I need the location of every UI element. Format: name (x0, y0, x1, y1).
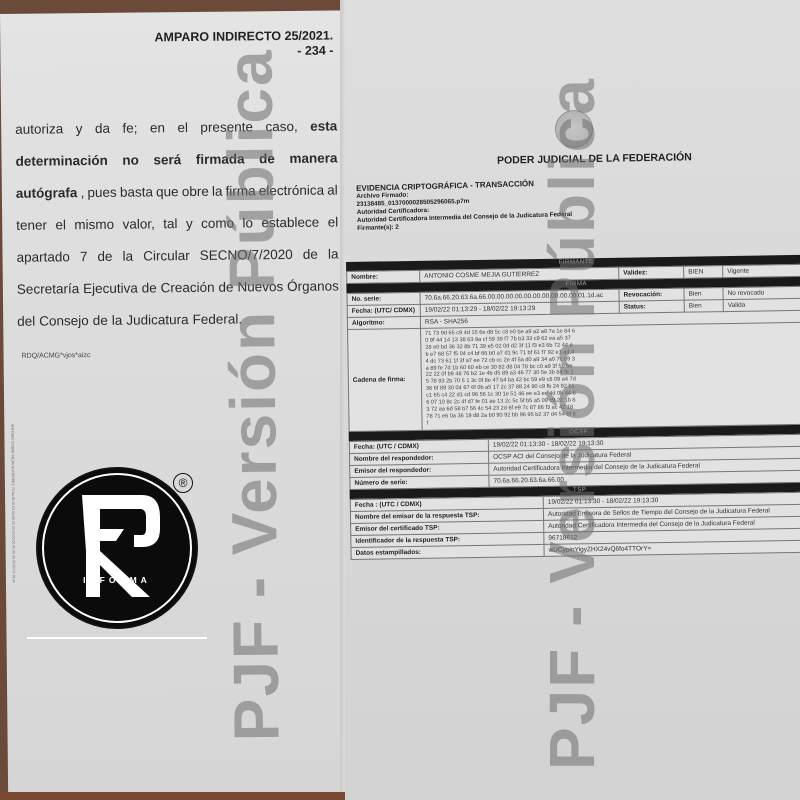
body-word: y (186, 208, 193, 240)
body-word: determinación (15, 145, 108, 178)
body-line: autógrafa,puesbastaqueobrelafirmaelectró… (16, 174, 338, 209)
revocacion-value: Bien (684, 288, 723, 301)
body-word: el (177, 112, 188, 144)
body-word: obre (182, 176, 209, 208)
status-value: Bien (684, 300, 723, 313)
body-word: la (112, 305, 123, 337)
body-word: del (17, 306, 35, 338)
body-word: Creación (160, 272, 214, 305)
body-word: tener (16, 210, 47, 242)
body-word: tal (163, 208, 178, 240)
body-word: la (122, 241, 133, 273)
body-word: mismo (74, 209, 114, 241)
watermark-left: PJF - Versión Pública (212, 48, 293, 742)
body-word: el (328, 206, 339, 238)
watermark-right: PJF - Versión Pública (535, 77, 609, 770)
body-word: basta (120, 176, 153, 208)
body-word: Secretaría (17, 273, 80, 306)
validez-status: Vigente (723, 264, 800, 277)
body-word: no (122, 145, 139, 177)
body-line: apartado7delaCircularSECNO/7/2020dela (16, 238, 338, 273)
body-word: será (153, 144, 181, 176)
body-word: pues (87, 177, 117, 209)
body-word: el (55, 209, 66, 241)
row-label: Datos estampillados: (351, 544, 544, 559)
body-word: autógrafa (16, 177, 78, 210)
margin-note-text: ANTONIO COSME MEJIA GUTIERREZ 70.6a.66.2… (10, 424, 16, 583)
body-line: SecretaríaEjecutivadeCreacióndeNuevosÓrg… (17, 270, 339, 305)
background-table-bottom (0, 792, 345, 800)
initials: RDQ/ACMG*vjos*aizc (22, 352, 91, 360)
left-document-page: AMPARO INDIRECTO 25/2021. - 234 - autori… (0, 10, 353, 799)
body-word: 7 (80, 241, 88, 273)
body-line: determinaciónnoseráfirmadademanera (15, 142, 337, 177)
body-word: esta (310, 110, 337, 142)
body-word: en (150, 112, 165, 144)
body-word: de (142, 272, 157, 304)
body-word: fe; (122, 113, 137, 145)
body-word: que (156, 176, 179, 208)
status-label: Status: (619, 300, 684, 313)
body-line: tenerelmismovalor,talycomoloestableceel (16, 206, 338, 241)
body-word: , (80, 177, 84, 209)
body-line: delConsejodelaJudicaturaFederal. (17, 302, 339, 337)
r-informa-logo: INFORMA (38, 469, 196, 627)
body-word: Judicatura (126, 304, 189, 337)
body-word: la (328, 238, 339, 270)
body-word: de (93, 305, 108, 337)
body-word: al (327, 174, 338, 206)
body-word: de (97, 241, 112, 273)
margin-signature-note: ANTONIO COSME MEJIA GUTIERREZ 70.6a.66.2… (6, 424, 17, 554)
body-line: autorizaydafe;enelpresentecaso,esta (15, 110, 337, 145)
body-word: Circular (143, 240, 190, 272)
validez-label: Validez: (619, 266, 684, 279)
body-paragraph: autorizaydafe;enelpresentecaso,estadeter… (15, 110, 339, 337)
registered-mark-icon: ® (173, 473, 193, 493)
logo-underline (27, 637, 207, 639)
body-word: valor, (122, 208, 155, 240)
body-word: Consejo (39, 305, 89, 338)
nombre-label: Nombre: (347, 270, 420, 283)
body-word: Ejecutiva (83, 273, 138, 306)
revocacion-label: Revocación: (619, 288, 684, 301)
body-word: da (95, 113, 110, 145)
cadena-label: Cadena de firma: (348, 328, 423, 431)
body-word: autoriza (15, 113, 63, 146)
body-word: Órganos (287, 270, 339, 303)
r-letter-icon (38, 469, 196, 627)
body-word: apartado (16, 241, 70, 274)
body-word: manera (289, 142, 337, 175)
body-word: y (76, 113, 83, 145)
logo-text: INFORMA (38, 575, 196, 585)
body-word: de (303, 239, 318, 271)
validez-value: BIEN (684, 266, 723, 279)
